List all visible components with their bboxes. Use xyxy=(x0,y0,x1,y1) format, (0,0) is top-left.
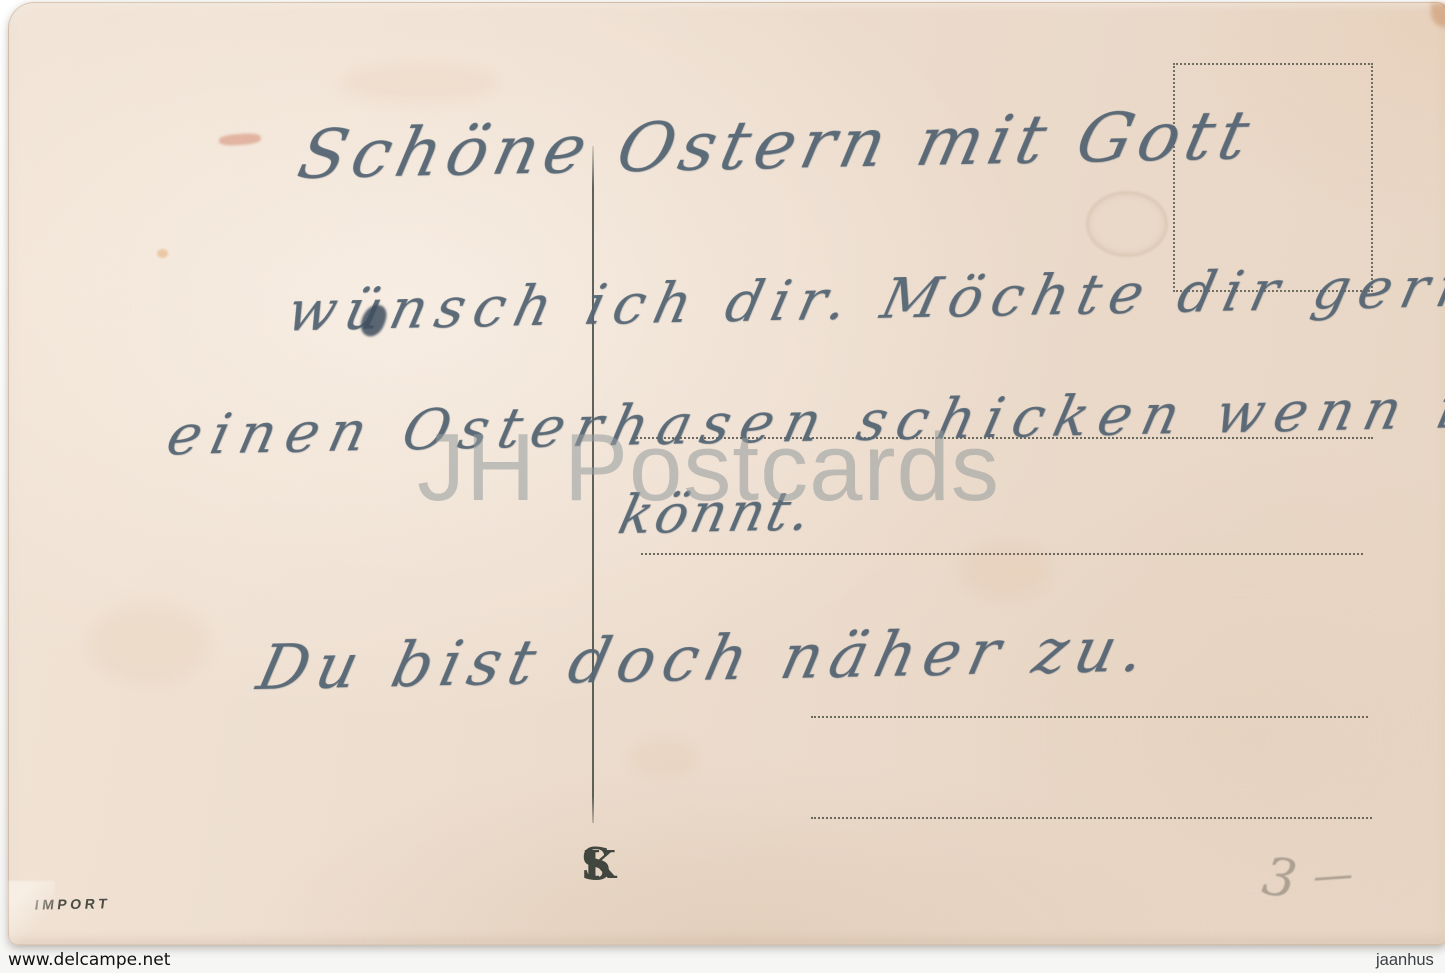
publisher-monogram: S K xyxy=(579,842,619,888)
scanned-postcard-page: Schöne Ostern mit Gott wünsch ich dir. M… xyxy=(0,0,1445,973)
handwriting-line: Schöne Ostern mit Gott xyxy=(291,96,1262,195)
jh-postcards-watermark: JH Postcards xyxy=(417,413,1000,523)
address-dotted-line xyxy=(641,553,1363,555)
address-dotted-line xyxy=(811,817,1372,819)
faint-postmark-circle xyxy=(1086,191,1168,257)
handwriting-line: Du bist doch näher zu. xyxy=(251,612,1160,704)
pencil-price-dash: — xyxy=(1311,852,1348,900)
foxing-patch xyxy=(629,738,699,778)
pencil-price-figure: 3 xyxy=(1259,847,1301,911)
foxing-patch xyxy=(959,543,1049,598)
handwriting-line: wünsch ich dir. Möchte dir gerne xyxy=(281,253,1445,344)
foxing-patch xyxy=(339,63,499,103)
monogram-letter-k: K xyxy=(583,846,616,884)
red-stain xyxy=(219,133,262,147)
foxing-spot xyxy=(157,249,168,258)
worn-corner xyxy=(9,881,55,945)
delcampe-watermark: www.delcampe.net xyxy=(8,950,170,970)
jaanhus-watermark: jaanhus xyxy=(1376,951,1434,970)
address-dotted-line xyxy=(811,716,1368,718)
corner-stain xyxy=(1431,3,1445,27)
foxing-patch xyxy=(89,603,209,683)
